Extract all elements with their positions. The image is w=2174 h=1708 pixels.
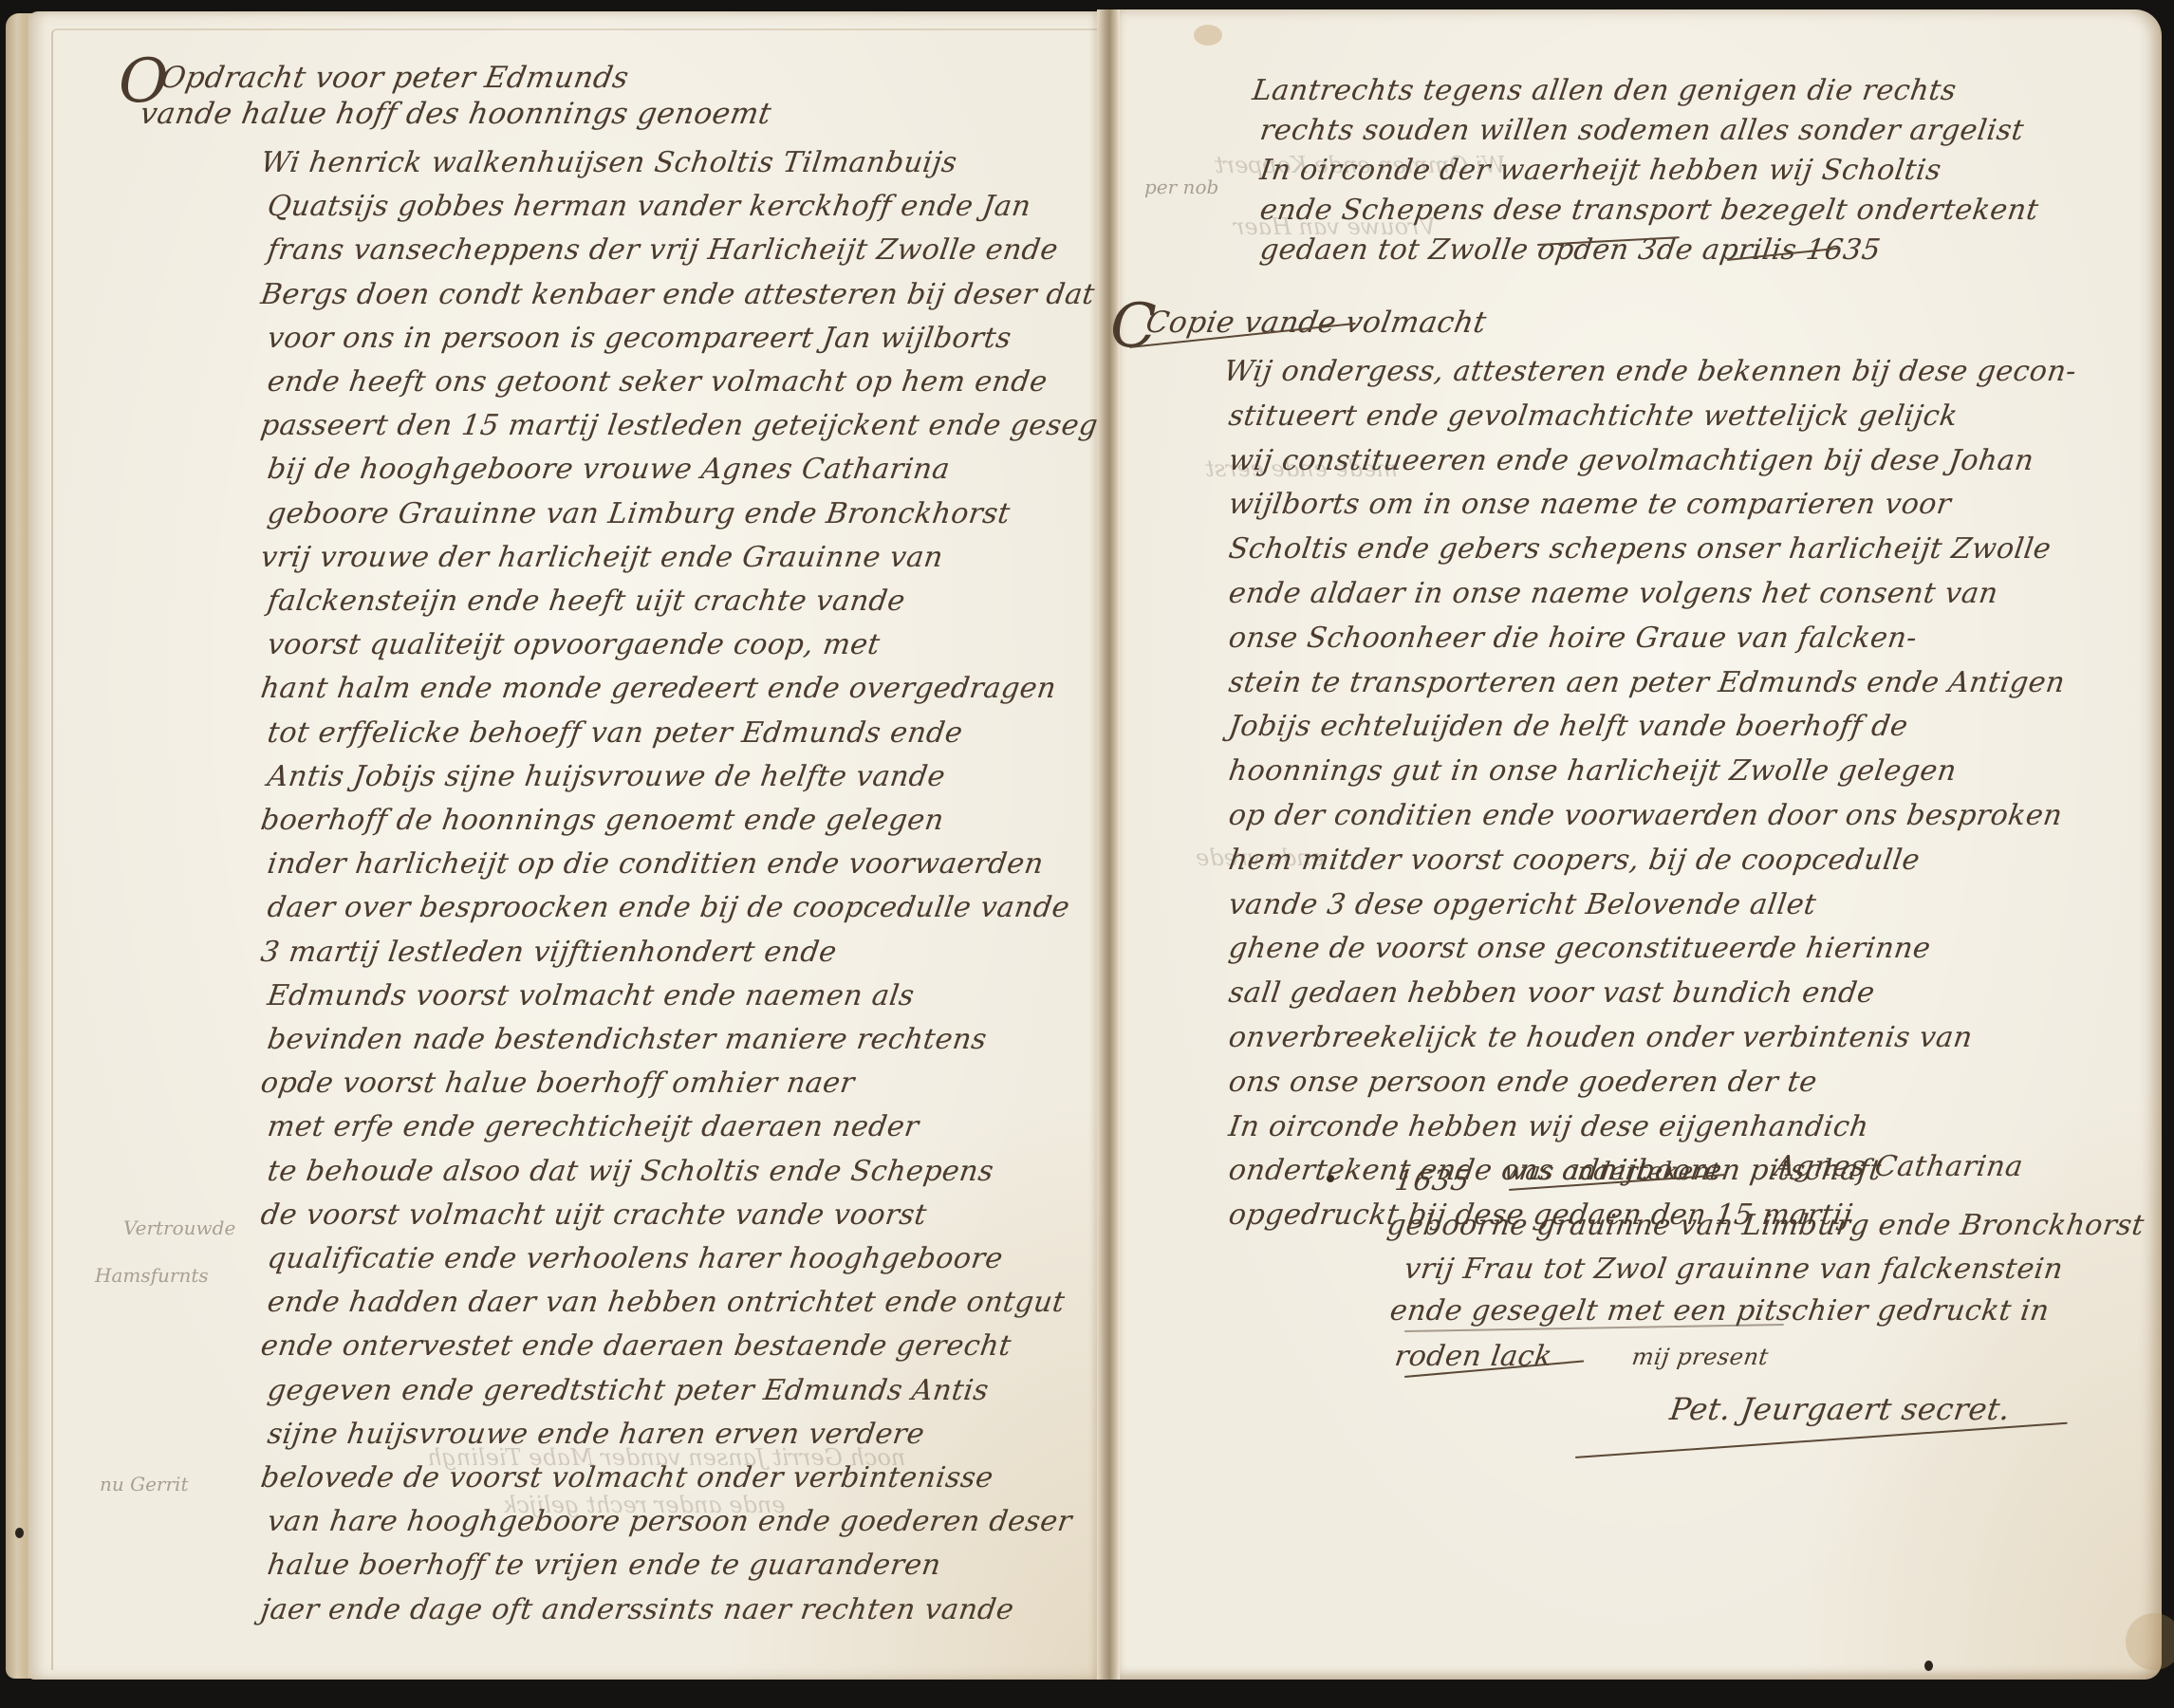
manuscript-line: passeert den 15 martij lestleden geteijc…	[258, 407, 1139, 445]
manuscript-line: bevinden nade bestendichster maniere rec…	[265, 1021, 989, 1059]
manuscript-line: wijlborts om in onse naeme te compariere…	[1226, 486, 1953, 524]
manuscript-line: sall gedaen hebben voor vast bundich end…	[1226, 975, 1877, 1012]
manuscript-line: ghene de voorst onse geconstitueerde hie…	[1226, 930, 1933, 968]
margin-note: Vertrouwde	[123, 1216, 235, 1239]
left-page: noch Gerrit Jansen vander Mabe Tielingh …	[28, 11, 1097, 1680]
manuscript-line: Antis Jobijs sijne huijsvrouwe de helfte…	[265, 758, 948, 796]
manuscript-line: met erfe ende gerechticheijt daeraen ned…	[265, 1108, 921, 1146]
manuscript-line: rechts souden willen sodemen alles sonde…	[1257, 112, 2026, 150]
manuscript-line: hant halm ende monde geredeert ende over…	[258, 670, 1058, 708]
manuscript-line: Scholtis ende gebers schepens onser harl…	[1226, 530, 2053, 568]
manuscript-line: stein te transporteren aen peter Edmunds…	[1226, 664, 2067, 702]
manuscript-line: ende Schepens dese transport bezegelt on…	[1257, 192, 2041, 230]
book-gutter	[1097, 9, 1120, 1680]
manuscript-line: te behoude alsoo dat wij Scholtis ende S…	[265, 1153, 996, 1191]
was-ondertekent-note: was ondertekent	[1501, 1153, 1723, 1191]
right-page: Wi Ommen ende Koppert Vrouwe van Haer me…	[1120, 9, 2162, 1680]
manuscript-line: frans vansecheppens der vrij Harlicheijt…	[265, 232, 1060, 269]
entry-heading: vande halue hoff des hoonnings genoemt	[138, 97, 774, 131]
manuscript-line: voorst qualiteijt opvoorgaende coop, met	[265, 626, 883, 664]
section-heading: Copie vande volmacht	[1143, 306, 1489, 340]
manuscript-line: de voorst volmacht uijt crachte vande vo…	[258, 1197, 929, 1235]
signer-title: geboorne grauinne van Limburg ende Bronc…	[1384, 1207, 2146, 1245]
manuscript-scan: noch Gerrit Jansen vander Mabe Tielingh …	[0, 0, 2174, 1708]
manuscript-line: geboore Grauinne van Limburg ende Bronck…	[265, 495, 1013, 533]
manuscript-line: wij constitueeren ende gevolmachtigen bi…	[1226, 442, 2036, 480]
manuscript-line: ende aldaer in onse naeme volgens het co…	[1226, 575, 2000, 613]
manuscript-line: 3 martij lestleden vijftienhondert ende	[258, 934, 839, 972]
manuscript-line: bij de hooghgeboore vrouwe Agnes Cathari…	[265, 451, 952, 489]
signer-name: Agnes Catharina	[1772, 1148, 2025, 1186]
manuscript-line: In oirconde hebben wij dese eijgenhandic…	[1226, 1108, 1871, 1146]
margin-note: per nob	[1144, 176, 1218, 198]
manuscript-line: jaer ende dage oft anderssints naer rech…	[258, 1591, 1016, 1629]
binding-hole	[15, 1528, 24, 1538]
manuscript-line: halue boerhoff te vrijen ende te guarand…	[265, 1547, 943, 1585]
margin-note: Hamsfurnts	[95, 1264, 209, 1287]
manuscript-line: boerhoff de hoonnings genoemt ende geleg…	[258, 802, 946, 840]
manuscript-line: van hare hooghgeboore persoon ende goede…	[265, 1503, 1074, 1541]
manuscript-line: voor ons in persoon is gecompareert Jan …	[265, 320, 1013, 358]
attestation-note: mij present	[1629, 1338, 1771, 1376]
manuscript-line: opde voorst halue boerhoff omhier naer	[258, 1065, 857, 1103]
manuscript-line: stitueert ende gevolmachtichte wettelijc…	[1226, 398, 1960, 436]
manuscript-line: ende hadden daer van hebben ontrichtet e…	[265, 1284, 1067, 1322]
manuscript-line: Wij ondergess, attesteren ende bekennen …	[1221, 353, 2079, 391]
manuscript-line: vande 3 dese opgericht Belovende allet	[1226, 886, 1818, 924]
manuscript-line: Quatsijs gobbes herman vander kerckhoff …	[265, 188, 1033, 226]
manuscript-line: Edmunds voorst volmacht ende naemen als	[265, 977, 917, 1015]
manuscript-line: falckensteijn ende heeft uijt crachte va…	[265, 583, 907, 621]
manuscript-line: onse Schoonheer die hoire Graue van falc…	[1226, 620, 1919, 658]
manuscript-line: gedaen tot Zwolle opden 3de aprilis 1635	[1257, 232, 1883, 269]
manuscript-line: daer over besproocken ende bij de coopce…	[265, 889, 1072, 927]
year: 1635	[1392, 1162, 1472, 1200]
binding-hole	[1924, 1661, 1933, 1671]
manuscript-line: onverbreekelijck te houden onder verbint…	[1226, 1019, 1975, 1057]
corner-stain	[2126, 1613, 2174, 1670]
manuscript-line: qualificatie ende verhoolens harer hoogh…	[265, 1240, 1005, 1278]
manuscript-line: ende ontervestet ende daeraen bestaende …	[258, 1327, 1013, 1365]
manuscript-line: Bergs doen condt kenbaer ende attesteren…	[258, 276, 1097, 314]
manuscript-line: Wi henrick walkenhuijsen Scholtis Tilman…	[258, 144, 959, 182]
manuscript-line: inder harlicheijt op die conditien ende …	[265, 845, 1046, 883]
manuscript-line: op der conditien ende voorwaerden door o…	[1226, 797, 2065, 835]
manuscript-line: Jobijs echteluijden de helft vande boerh…	[1226, 708, 1910, 746]
signer-title: vrij Frau tot Zwol grauinne van falckens…	[1402, 1251, 2065, 1289]
manuscript-line: Lantrechts tegens allen den genigen die …	[1250, 72, 1959, 110]
manuscript-line: ende heeft ons getoont seker volmacht op…	[265, 363, 1050, 401]
paper-stain	[1194, 25, 1222, 46]
manuscript-line: tot erffelicke behoeff van peter Edmunds…	[265, 715, 965, 752]
secretary-signature: Pet. Jeurgaert secret.	[1667, 1390, 2013, 1428]
manuscript-line: hoonnings gut in onse harlicheijt Zwolle…	[1226, 752, 1959, 790]
manuscript-line: In oirconde der waerheijt hebben wij Sch…	[1257, 152, 1943, 190]
manuscript-line: sijne huijsvrouwe ende haren erven verde…	[265, 1416, 927, 1454]
manuscript-line: belovede de voorst volmacht onder verbin…	[258, 1459, 995, 1497]
entry-heading: Opdracht voor peter Edmunds	[158, 61, 632, 95]
ink-dot	[1327, 1175, 1334, 1182]
manuscript-line: vrij vrouwe der harlicheijt ende Grauinn…	[258, 539, 945, 577]
manuscript-line: hem mitder voorst coopers, bij de coopce…	[1226, 842, 1922, 880]
manuscript-line: gegeven ende geredtsticht peter Edmunds …	[265, 1372, 991, 1410]
manuscript-line: ons onse persoon ende goederen der te	[1226, 1064, 1819, 1102]
margin-note: nu Gerrit	[100, 1473, 189, 1495]
